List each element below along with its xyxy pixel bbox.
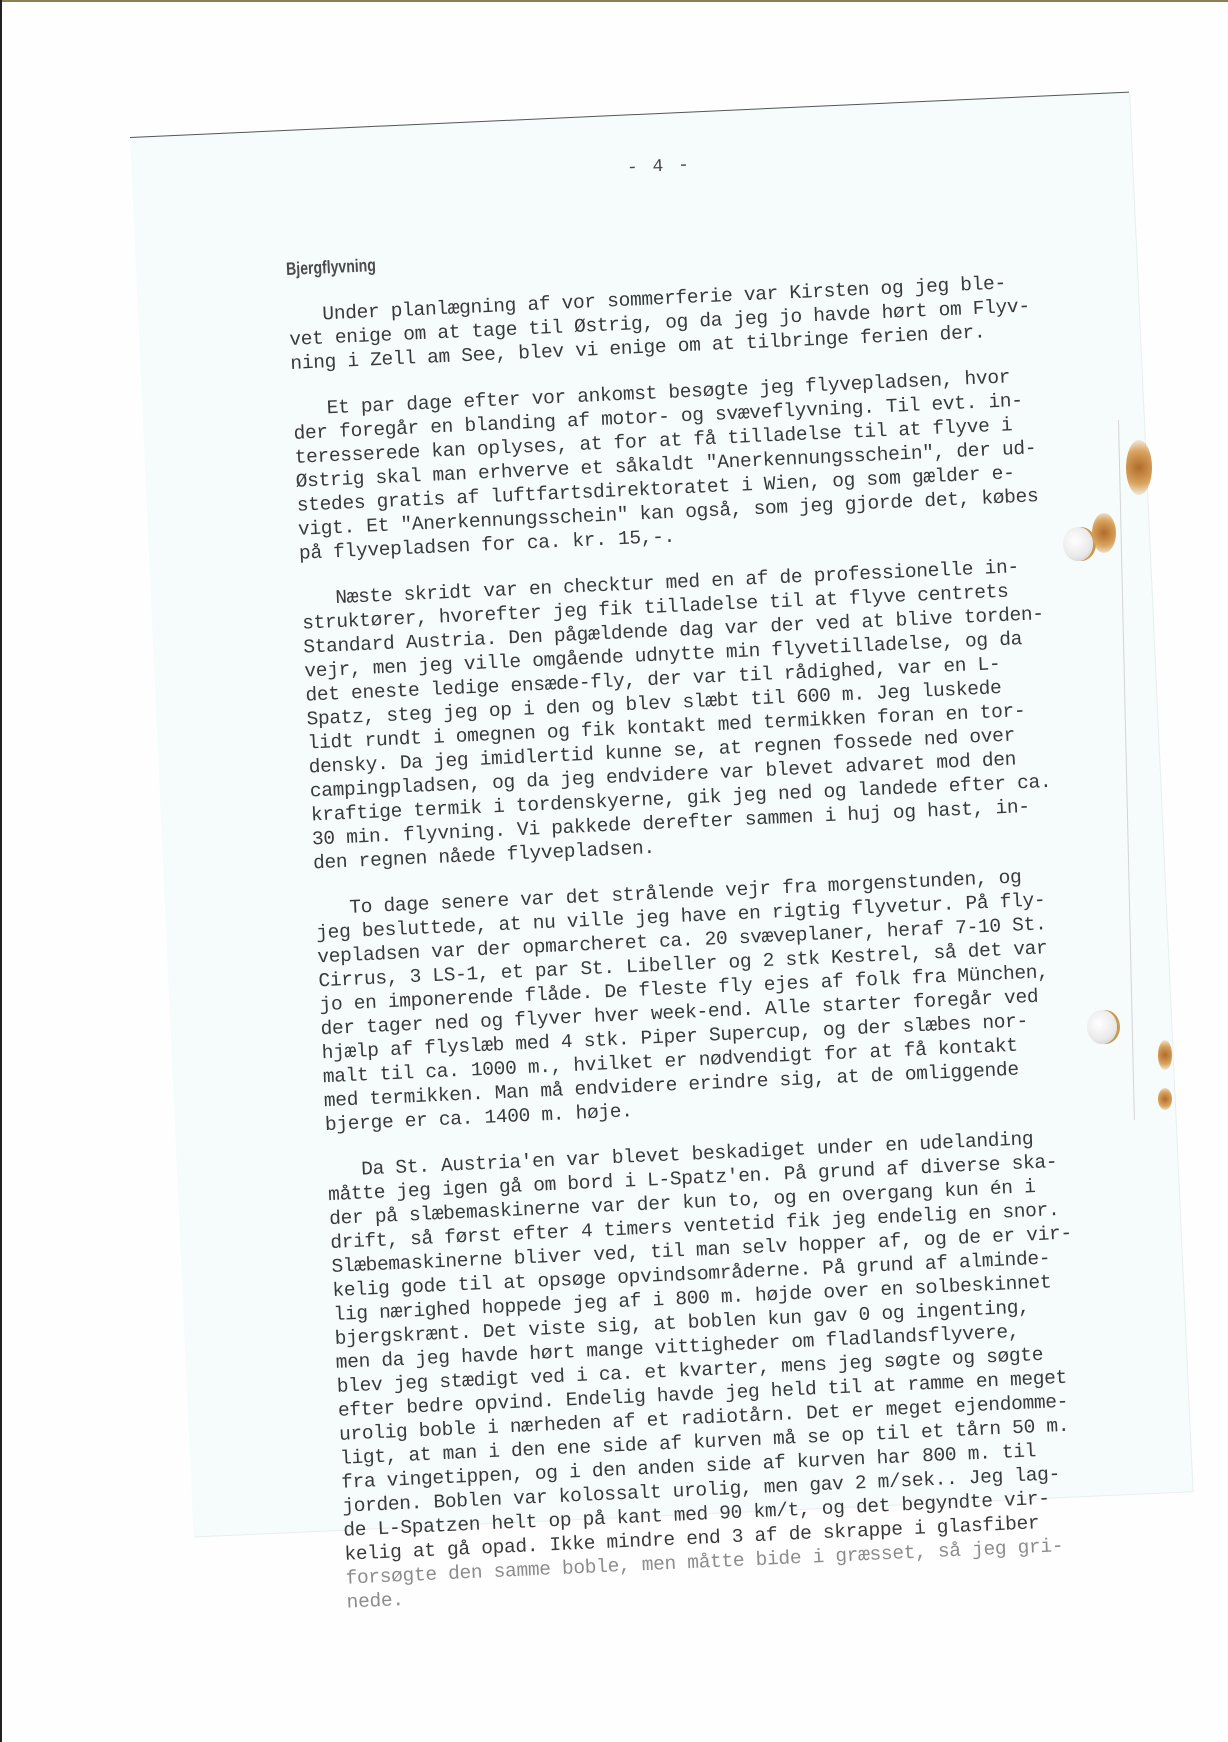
punch-hole-icon — [1063, 527, 1093, 561]
rust-stain-icon — [1158, 1040, 1172, 1070]
paragraph: Næste skridt var en checktur med en af d… — [301, 549, 1173, 876]
paragraph: To dage senere var det strålende vejr fr… — [315, 858, 1185, 1137]
paragraph: Et par dage efter vor ankomst besøgte je… — [292, 359, 1159, 566]
rust-stain-icon — [1158, 1088, 1172, 1110]
rust-stain-icon — [1092, 513, 1116, 553]
article-body: Under planlægning af vor sommerferie var… — [288, 265, 1208, 1637]
paragraph: Under planlægning af vor sommerferie var… — [288, 265, 1150, 376]
section-heading: Bjergflyvning — [286, 255, 377, 280]
punch-hole-icon — [1087, 1010, 1117, 1044]
scanner-left-edge — [0, 0, 2, 1742]
rust-stain-icon — [1126, 440, 1152, 495]
paragraph: Da St. Austria'en var blevet beskadiget … — [327, 1120, 1207, 1615]
scanner-top-edge — [0, 0, 1228, 2]
typewritten-page: - 4 - Bjergflyvning Under planlægning af… — [130, 92, 1193, 1537]
page-number: - 4 - — [626, 156, 691, 179]
